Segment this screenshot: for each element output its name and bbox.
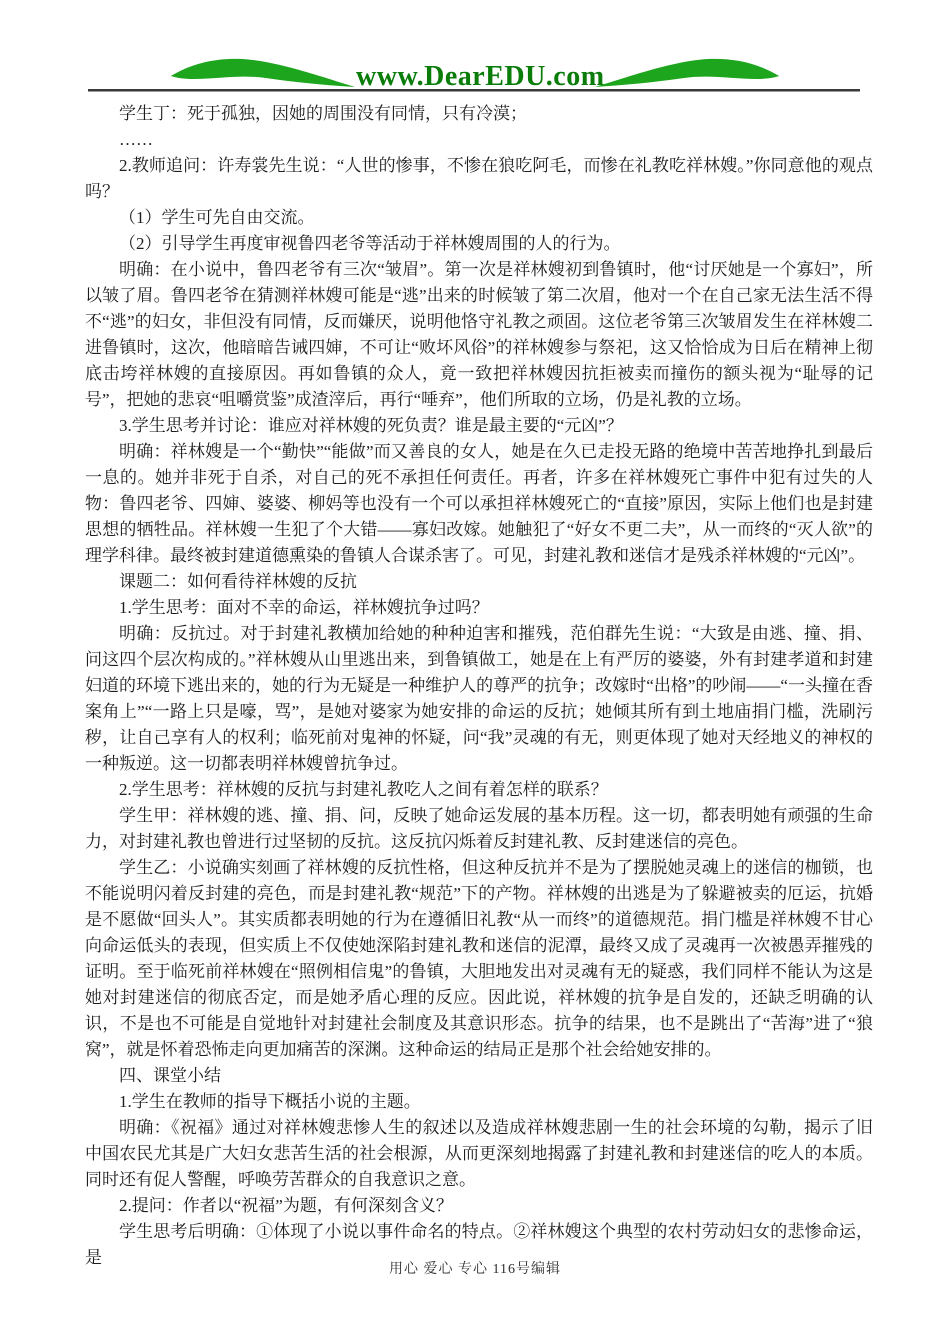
- paragraph-student-d: 学生丁：死于孤独，因她的周围没有同情，只有冷漠；: [85, 101, 873, 127]
- paragraph-ellipsis: ……: [85, 127, 873, 153]
- paragraph-mingque-yuanxiong: 明确：祥林嫂是一个“勤快”“能做”而又善良的女人，她是在久已走投无路的绝境中苦苦…: [85, 439, 873, 569]
- paragraph-summary-1: 1.学生在教师的指导下概括小说的主题。: [85, 1089, 873, 1115]
- paragraph-question-title: 2.提问：作者以“祝福”为题，有何深刻含义？: [85, 1193, 873, 1219]
- header-divider: [88, 89, 860, 92]
- paragraph-think-1: 1.学生思考：面对不幸的命运，祥林嫂抗争过吗？: [85, 595, 873, 621]
- page-footer: 用心 爱心 专心 116号编辑: [0, 1258, 950, 1278]
- subsection-title-topic2: 课题二：如何看待祥林嫂的反抗: [85, 569, 873, 595]
- swoosh-right-icon: [592, 52, 782, 92]
- swoosh-left-icon: [168, 52, 358, 92]
- paragraph-step-2: （2）引导学生再度审视鲁四老爷等活动于祥林嫂周围的人的行为。: [85, 231, 873, 257]
- paragraph-student-a: 学生甲：祥林嫂的逃、撞、捐、问，反映了她命运发展的基本历程。这一切，都表明她有顽…: [85, 803, 873, 855]
- paragraph-think-2: 2.学生思考：祥林嫂的反抗与封建礼教吃人之间有着怎样的联系？: [85, 777, 873, 803]
- paragraph-mingque-lusiye: 明确：在小说中，鲁四老爷有三次“皱眉”。第一次是祥林嫂初到鲁镇时，他“讨厌她是一…: [85, 257, 873, 413]
- paragraph-student-b: 学生乙：小说确实刻画了祥林嫂的反抗性格，但这种反抗并不是为了摆脱她灵魂上的迷信的…: [85, 855, 873, 1063]
- page-header: www.DearEDU.com: [0, 0, 950, 102]
- document-body: 学生丁：死于孤独，因她的周围没有同情，只有冷漠； …… 2.教师追问：许寿裳先生…: [85, 101, 873, 1271]
- paragraph-mingque-theme: 明确：《祝福》通过对祥林嫂悲惨人生的叙述以及造成祥林嫂悲剧一生的社会环境的勾勒，…: [85, 1115, 873, 1193]
- paragraph-discussion-3: 3.学生思考并讨论：谁应对祥林嫂的死负责？谁是最主要的“元凶”？: [85, 413, 873, 439]
- paragraph-teacher-question: 2.教师追问：许寿裳先生说：“人世的惨事，不惨在狼吃阿毛，而惨在礼教吃祥林嫂。”…: [85, 153, 873, 205]
- paragraph-mingque-fankang: 明确：反抗过。对于封建礼教横加给她的种种迫害和摧残，范伯群先生说：“大致是由逃、…: [85, 621, 873, 777]
- document-page: www.DearEDU.com 学生丁：死于孤独，因她的周围没有同情，只有冷漠；…: [0, 0, 950, 1344]
- section-title-summary: 四、课堂小结: [85, 1063, 873, 1089]
- paragraph-step-1: （1）学生可先自由交流。: [85, 205, 873, 231]
